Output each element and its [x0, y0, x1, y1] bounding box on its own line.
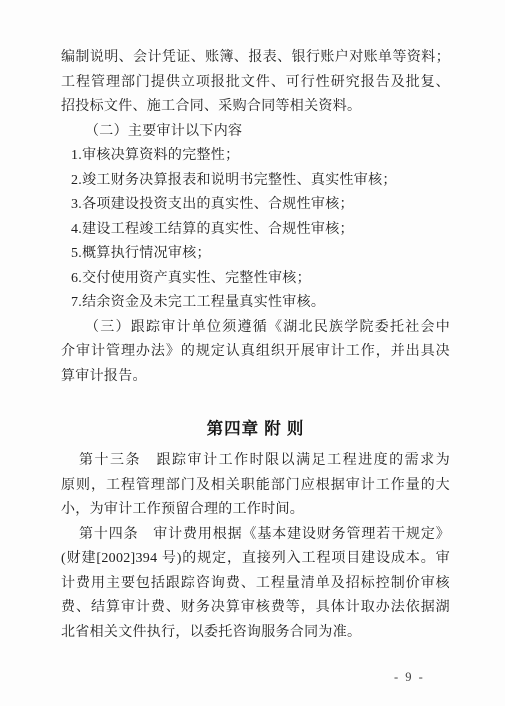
audit-item: 3.各项建设投资支出的真实性、合规性审核；: [61, 193, 450, 218]
article-14-line: 计费用主要包括跟踪咨询费、工程量清单及招标控制价审核: [61, 572, 450, 597]
text-line: 招投标文件、施工合同、采购合同等相关资料。: [61, 95, 450, 120]
section-3-line: 介审计管理办法》的规定认真组织开展审计工作，并出具决: [61, 340, 450, 365]
article-13-line: 第十三条 跟踪审计工作时限以满足工程进度的需求为: [61, 449, 450, 474]
section-3-line: （三）跟踪审计单位须遵循《湖北民族学院委托社会中: [61, 316, 450, 341]
text-line: 工程管理部门提供立项报批文件、可行性研究报告及批复、: [61, 71, 450, 96]
audit-item: 2.竣工财务决算报表和说明书完整性、真实性审核；: [61, 169, 450, 194]
document-content: 编制说明、会计凭证、账簿、报表、银行账户对账单等资料； 工程管理部门提供立项报批…: [61, 46, 450, 645]
audit-item: 6.交付使用资产真实性、完整性审核；: [61, 267, 450, 292]
article-14-line: (财建[2002]394 号)的规定，直接列入工程项目建设成本。审: [61, 547, 450, 572]
section-2-title: （二）主要审计以下内容: [61, 120, 450, 145]
article-13-line: 原则，工程管理部门及相关职能部门应根据审计工作量的大: [61, 474, 450, 499]
text-line: 编制说明、会计凭证、账簿、报表、银行账户对账单等资料；: [61, 46, 450, 71]
article-14-line: 第十四条 审计费用根据《基本建设财务管理若干规定》: [61, 523, 450, 548]
article-14-line: 北省相关文件执行，以委托咨询服务合同为准。: [61, 621, 450, 646]
section-3-line: 算审计报告。: [61, 365, 450, 390]
page-number: - 9 -: [394, 670, 425, 685]
audit-item: 7.结余资金及未完工工程量真实性审核。: [61, 291, 450, 316]
article-14-line: 费、结算审计费、财务决算审核费等，具体计取办法依据湖: [61, 596, 450, 621]
audit-item: 4.建设工程竣工结算的真实性、合规性审核；: [61, 218, 450, 243]
chapter-heading: 第四章 附 则: [61, 416, 450, 441]
article-13-line: 小，为审计工作预留合理的工作时间。: [61, 498, 450, 523]
audit-item: 5.概算执行情况审核；: [61, 242, 450, 267]
document-page: 编制说明、会计凭证、账簿、报表、银行账户对账单等资料； 工程管理部门提供立项报批…: [0, 0, 505, 706]
audit-item: 1.审核决算资料的完整性；: [61, 144, 450, 169]
